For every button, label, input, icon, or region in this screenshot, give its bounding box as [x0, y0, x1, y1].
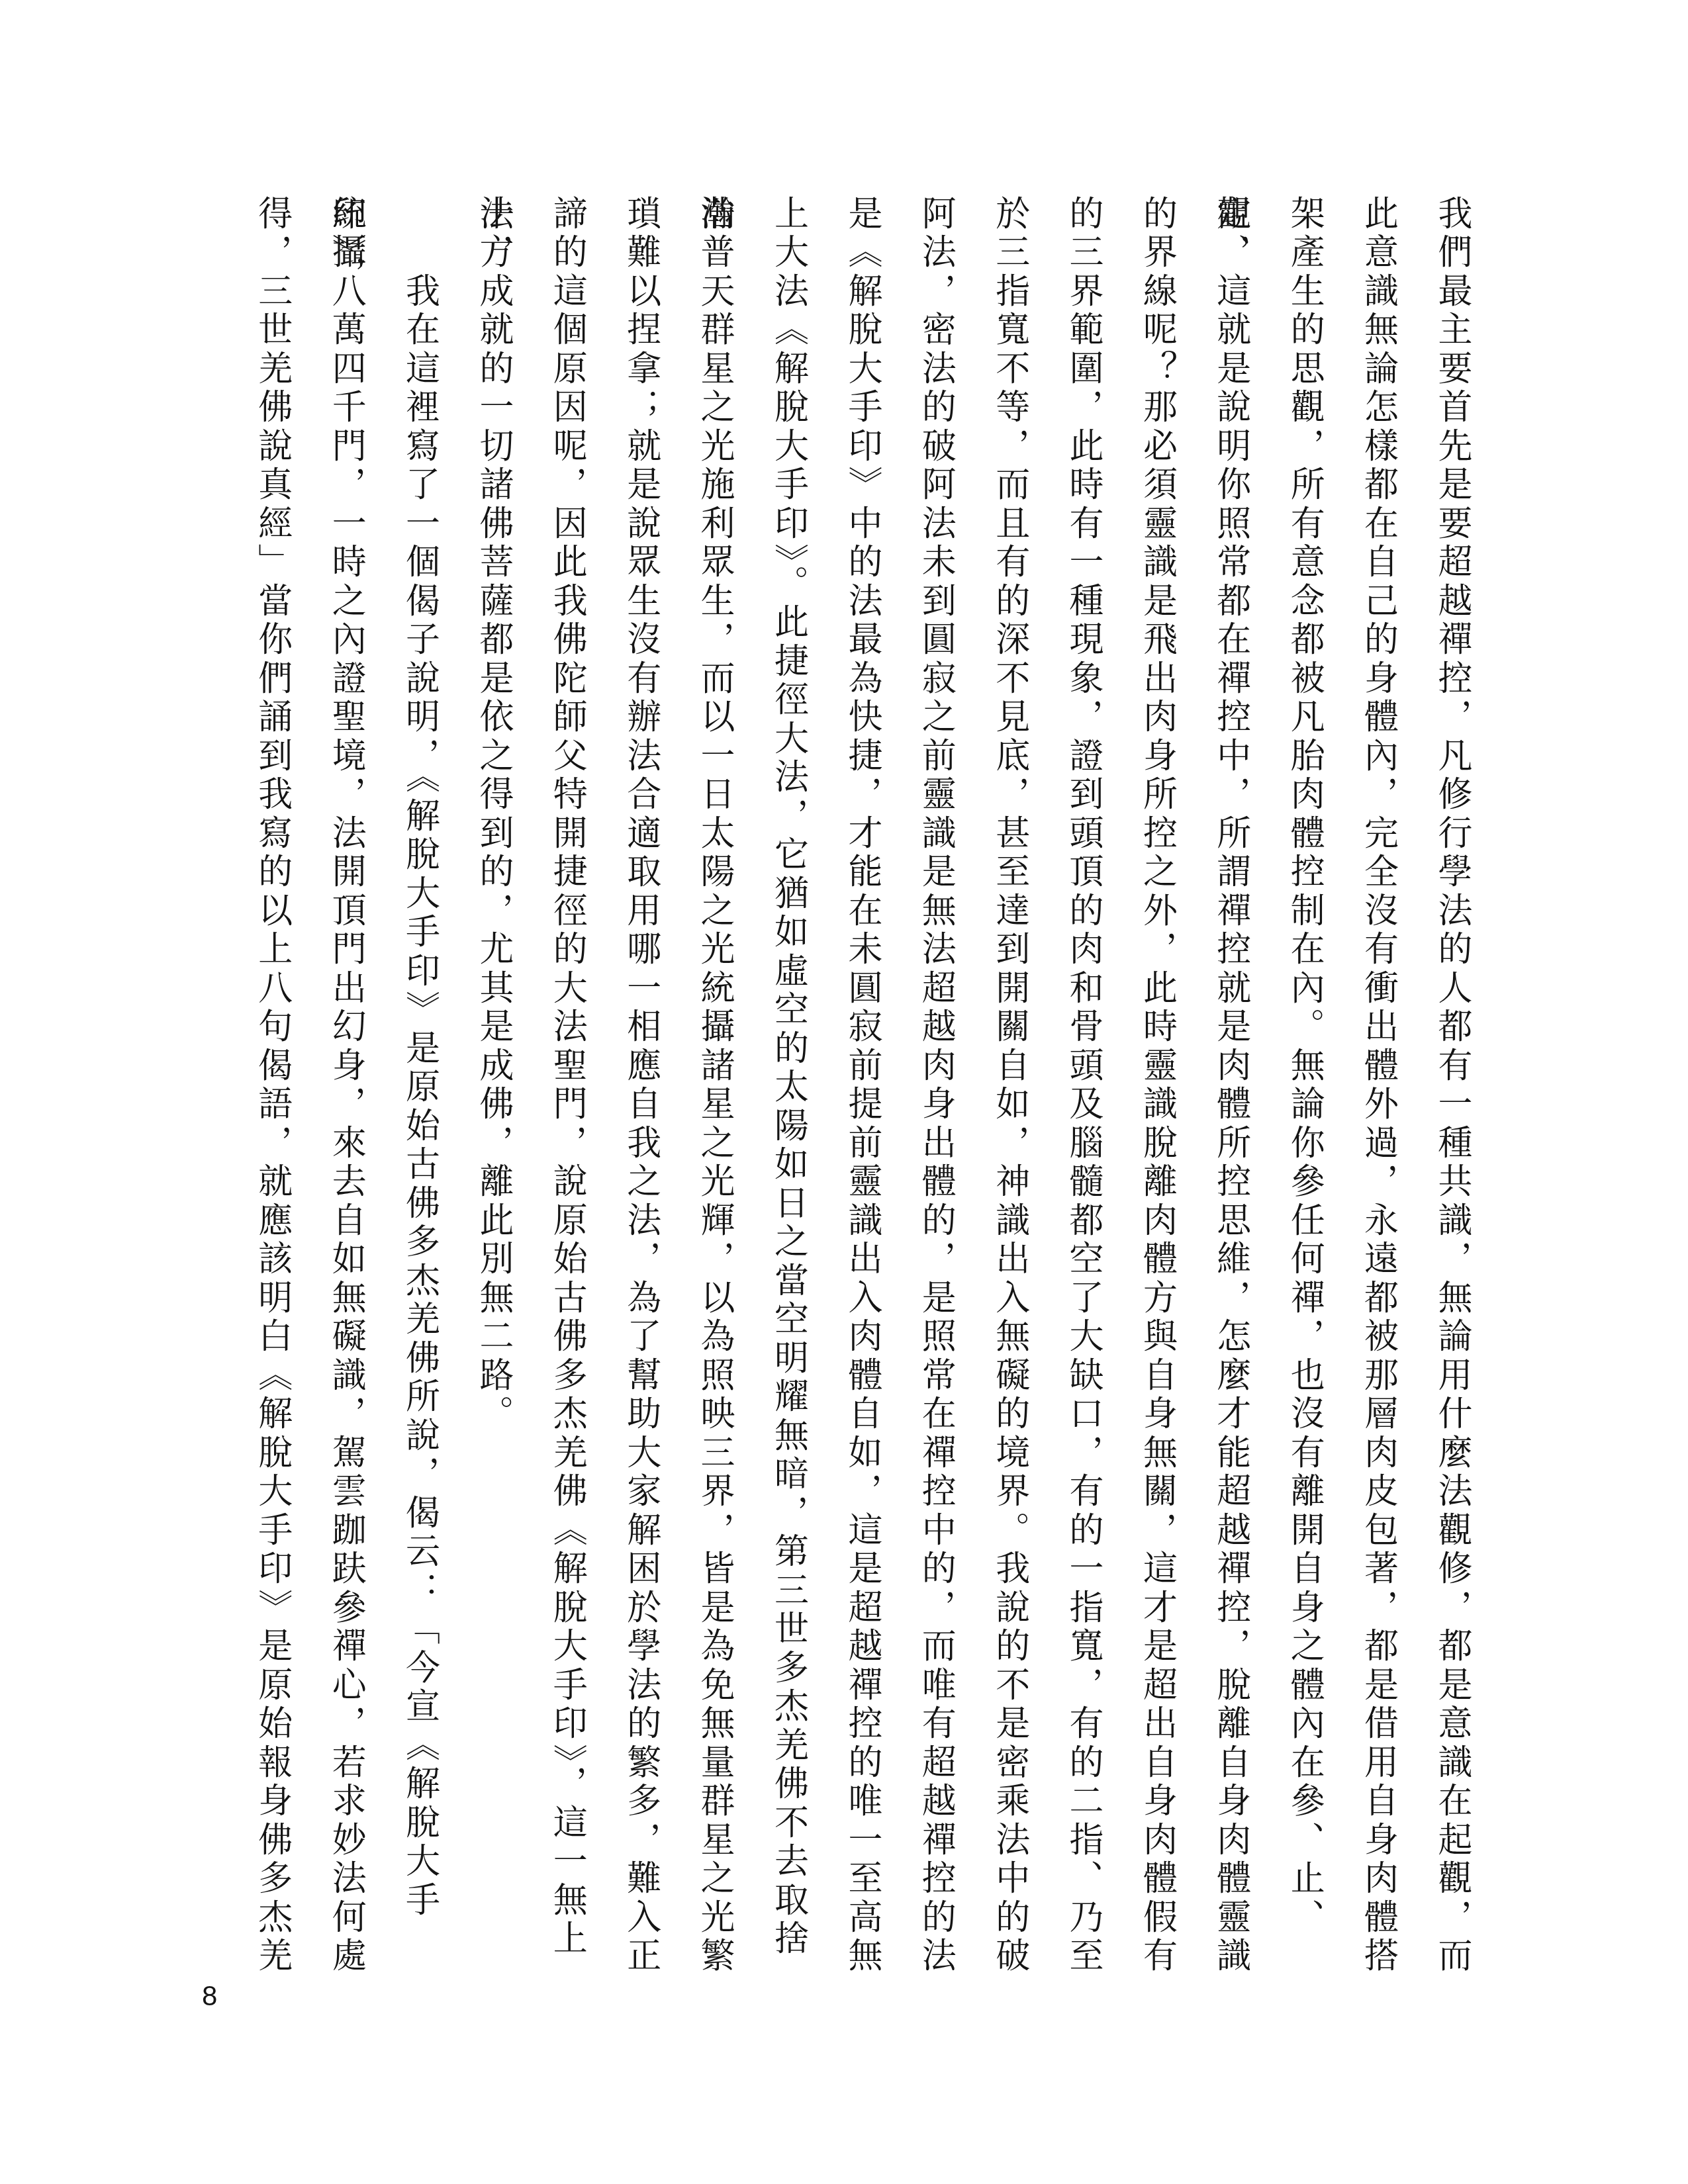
text-column: 十方成就的一切諸佛菩薩都是依之得到的，尤其是成佛，離此別無二路。	[456, 195, 530, 1982]
document-page: 我們最主要首先是要超越禪控，凡修行學法的人都有一種共識，無論用什麼法觀修，都是意…	[0, 0, 1688, 2184]
text-column: 定，這就是說明你照常都在禪控中，所謂禪控就是肉體所控思維，怎麼才能超越禪控，脫離…	[1193, 195, 1266, 1982]
text-column: 我在這裡寫了一個偈子說明，《解脫大手印》是原始古佛多杰羌佛所說，偈云：「今宣《解…	[382, 195, 455, 1982]
text-column: 架產生的思觀，所有意念都被凡胎肉體控制在內。無論你參任何禪，也沒有離開自身之體內…	[1267, 195, 1340, 1982]
text-column: 的界線呢？那必須靈識是飛出肉身所控之外，此時靈識脫離肉體方與自身無關，這才是超出…	[1119, 195, 1193, 1982]
page-number: 8	[202, 1982, 217, 2010]
text-column: 瑣難以捏拿；就是說眾生沒有辦法合適取用哪一相應自我之法，為了幫助大家解困於學法的…	[603, 195, 677, 1982]
text-column: 的三界範圍，此時有一種現象，證到頭頂的肉和骨頭及腦髓都空了大缺口，有的一指寬，有…	[1046, 195, 1119, 1982]
text-column: 阿法，密法的破阿法未到圓寂之前靈識是無法超越肉身出體的，是照常在禪控中的，而唯有…	[898, 195, 972, 1982]
text-column: 統攝八萬四千門，一時之內證聖境，法開頂門出幻身，來去自如無礙識，駕雲跏趺參禪心，…	[308, 195, 382, 1982]
text-column: 我們最主要首先是要超越禪控，凡修行學法的人都有一種共識，無論用什麼法觀修，都是意…	[1415, 195, 1488, 1982]
text-column: 得，三世羌佛說真經」當你們誦到我寫的以上八句偈語，就應該明白《解脫大手印》是原始…	[234, 195, 308, 1982]
text-column: 此意識無論怎樣都在自己的身體內，完全沒有衝出體外過，永遠都被那層肉皮包著，都是借…	[1340, 195, 1414, 1982]
text-column: 瀚普天群星之光施利眾生，而以一日太陽之光統攝諸星之光輝，以為照映三界，皆是為免無…	[677, 195, 751, 1982]
text-column: 諦的這個原因呢，因此我佛陀師父特開捷徑的大法聖門，說原始古佛多杰羌佛《解脫大手印…	[530, 195, 603, 1982]
vertical-text-block: 我們最主要首先是要超越禪控，凡修行學法的人都有一種共識，無論用什麼法觀修，都是意…	[234, 195, 1488, 1982]
text-column: 是《解脫大手印》中的法最為快捷，才能在未圓寂前提前靈識出入肉體自如，這是超越禪控…	[824, 195, 898, 1982]
text-column: 上大法《解脫大手印》。此捷徑大法，它猶如虛空的太陽如日之當空明耀無暗，第三世多杰…	[751, 195, 824, 1982]
text-column: 於三指寬不等，而且有的深不見底，甚至達到開關自如，神識出入無礙的境界。我說的不是…	[972, 195, 1045, 1982]
